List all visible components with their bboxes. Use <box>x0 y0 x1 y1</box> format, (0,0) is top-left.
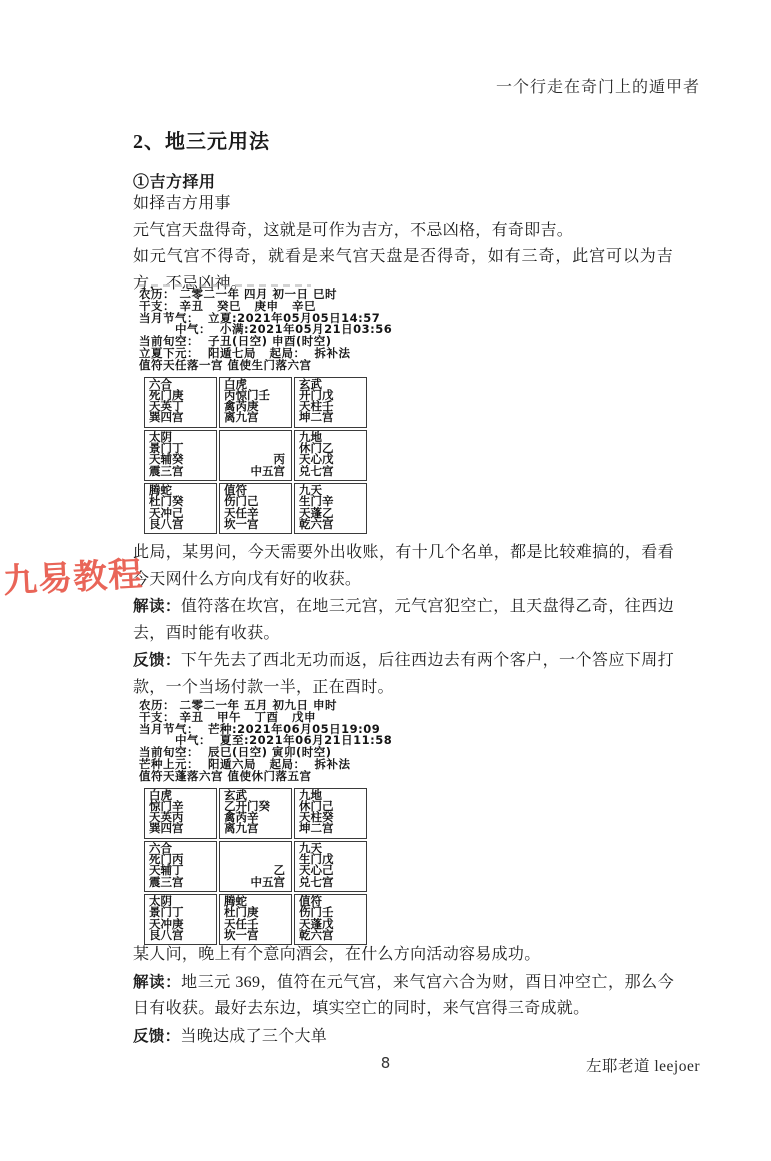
palace-cell-line: 震三宫 <box>149 877 213 888</box>
qimen-chart-1: 农历： 二零二一年 四月 初一日 巳时干支： 辛丑 癸巳 庚申 辛巳当月节气： … <box>139 289 392 536</box>
qimen-chart-2: 农历： 二零二一年 五月 初九日 申时干支： 辛丑 甲午 丁酉 戊申当月节气： … <box>139 700 392 947</box>
chart-1-info: 农历： 二零二一年 四月 初一日 巳时干支： 辛丑 癸巳 庚申 辛巳当月节气： … <box>139 289 392 372</box>
paragraph-text: 某人问，晚上有个意向酒会，在什么方向活动容易成功。 <box>133 946 541 963</box>
palace-cell-line: 巽四宫 <box>149 823 213 834</box>
palace-cell-line: 乾六宫 <box>299 519 363 530</box>
palace-cell-line: 坎一宫 <box>224 519 288 530</box>
palace-cell-line: 离九宫 <box>224 823 288 834</box>
palace-cell-line: 震三宫 <box>149 466 213 477</box>
feedback-paragraph: 反馈：当晚达成了三个大单 <box>133 1023 674 1051</box>
qimen-grid-1: 六合死门庚天英丁巽四宫白虎丙惊门壬禽芮庚离九宫玄武开门戊天柱壬坤二宫太阴景门丁天… <box>142 375 369 537</box>
palace-cell: 太阴景门丁天冲庚艮八宫 <box>144 894 217 945</box>
palace-cell: 六合死门庚天英丁巽四宫 <box>144 377 217 428</box>
chart-2-info: 农历： 二零二一年 五月 初九日 申时干支： 辛丑 甲午 丁酉 戊申当月节气： … <box>139 700 392 783</box>
question-paragraph: 此局，某男问，今天需要外出收账，有十几个名单，都是比较难搞的，看看今天网什么方向… <box>133 540 674 593</box>
interpretation-paragraph: 解读：地三元 369，值符在元气宫，来气宫六合为财，酉日冲空亡，那么今日有收获。… <box>133 969 674 1023</box>
palace-cell: 腾蛇杜门庚天任壬坎一宫 <box>219 894 292 945</box>
palace-cell-line: 巽四宫 <box>149 412 213 423</box>
palace-cell-line: 坎一宫 <box>224 930 288 941</box>
paragraph-text: 下午先去了西北无功而返，后往西边去有两个客户，一个答应下周打款，一个当场付款一半… <box>133 652 674 696</box>
paragraph: 如择吉方用事 <box>133 191 673 218</box>
interpretation-label: 解读： <box>133 597 181 615</box>
palace-cell-line: 坤二宫 <box>299 823 363 834</box>
palace-cell-line: 艮八宫 <box>149 519 213 530</box>
watermark: 九易教程 <box>2 546 144 602</box>
section-title: 2、地三元用法 <box>133 125 270 154</box>
interpretation-label: 解读： <box>133 973 181 991</box>
palace-cell: 太阴景门丁天辅癸震三宫 <box>144 430 217 481</box>
intro-paragraphs: 如择吉方用事 元气宫天盘得奇，这就是可作为吉方，不忌凶格，有奇即吉。 如元气宫不… <box>133 191 673 297</box>
qimen-grid-2: 白虎惊门辛天英丙巽四宫玄武乙开门癸禽芮辛离九宫九地休门己天柱癸坤二宫六合死门丙天… <box>142 786 369 948</box>
palace-cell: 玄武开门戊天柱壬坤二宫 <box>294 377 367 428</box>
palace-cell-line: 艮八宫 <box>149 930 213 941</box>
palace-cell-line: 乾六宫 <box>299 930 363 941</box>
palace-cell-line: 坤二宫 <box>299 412 363 423</box>
palace-cell: 腾蛇杜门癸天冲己艮八宫 <box>144 483 217 534</box>
paragraph-text: 当晚达成了三个大单 <box>180 1028 327 1045</box>
palace-cell-line: 兑七宫 <box>299 877 363 888</box>
feedback-label: 反馈： <box>133 1027 180 1045</box>
case-study-2: 某人问，晚上有个意向酒会，在什么方向活动容易成功。 解读：地三元 369，值符在… <box>133 942 674 1050</box>
subsection-title: ①吉方择用 <box>133 169 216 192</box>
palace-cell: 值符伤门壬天蓬戊乾六宫 <box>294 894 367 945</box>
paragraph-text: 值符落在坎宫，在地三元宫，元气宫犯空亡，且天盘得乙奇，往西边去，酉时能有收获。 <box>133 598 674 642</box>
palace-cell: 九天生门辛天蓬乙乾六宫 <box>294 483 367 534</box>
palace-cell: 九地休门乙天心戊兑七宫 <box>294 430 367 481</box>
palace-cell-line <box>224 843 288 854</box>
palace-cell: 白虎惊门辛天英丙巽四宫 <box>144 788 217 839</box>
document-page: 一个行走在奇门上的遁甲者 2、地三元用法 ①吉方择用 如择吉方用事 元气宫天盘得… <box>0 0 771 1161</box>
paragraph-text: 地三元 369，值符在元气宫，来气宫六合为财，酉日冲空亡，那么今日有收获。最好去… <box>133 974 674 1018</box>
interpretation-paragraph: 解读：值符落在坎宫，在地三元宫，元气宫犯空亡，且天盘得乙奇，往西边去，酉时能有收… <box>133 593 674 647</box>
palace-cell: 乙中五宫 <box>219 841 292 892</box>
palace-cell: 值符伤门己天任辛坎一宫 <box>219 483 292 534</box>
palace-cell-line: 中五宫 <box>224 877 288 888</box>
palace-cell: 六合死门丙天辅丁震三宫 <box>144 841 217 892</box>
question-paragraph: 某人问，晚上有个意向酒会，在什么方向活动容易成功。 <box>133 942 674 969</box>
palace-cell: 玄武乙开门癸禽芮辛离九宫 <box>219 788 292 839</box>
palace-cell-line <box>224 432 288 443</box>
palace-cell: 白虎丙惊门壬禽芮庚离九宫 <box>219 377 292 428</box>
case-study-1: 此局，某男问，今天需要外出收账，有十几个名单，都是比较难搞的，看看今天网什么方向… <box>133 540 674 701</box>
chart-info-line: 值符天任落一宫 值使生门落六宫 <box>139 360 392 372</box>
palace-cell: 丙中五宫 <box>219 430 292 481</box>
palace-cell-line: 兑七宫 <box>299 466 363 477</box>
palace-cell-line: 中五宫 <box>224 466 288 477</box>
chart-info-line: 值符天蓬落六宫 值使休门落五宫 <box>139 771 392 783</box>
palace-cell-line: 离九宫 <box>224 412 288 423</box>
paragraph-text: 此局，某男问，今天需要外出收账，有十几个名单，都是比较难搞的，看看今天网什么方向… <box>133 544 674 588</box>
footer-author: 左耶老道 leejoer <box>586 1054 700 1076</box>
palace-cell: 九地休门己天柱癸坤二宫 <box>294 788 367 839</box>
paragraph: 元气宫天盘得奇，这就是可作为吉方，不忌凶格，有奇即吉。 <box>133 218 673 245</box>
feedback-label: 反馈： <box>133 651 181 669</box>
palace-cell: 九天生门戊天心己兑七宫 <box>294 841 367 892</box>
feedback-paragraph: 反馈：下午先去了西北无功而返，后往西边去有两个客户，一个答应下周打款，一个当场付… <box>133 647 674 701</box>
page-header-text: 一个行走在奇门上的遁甲者 <box>496 74 700 97</box>
